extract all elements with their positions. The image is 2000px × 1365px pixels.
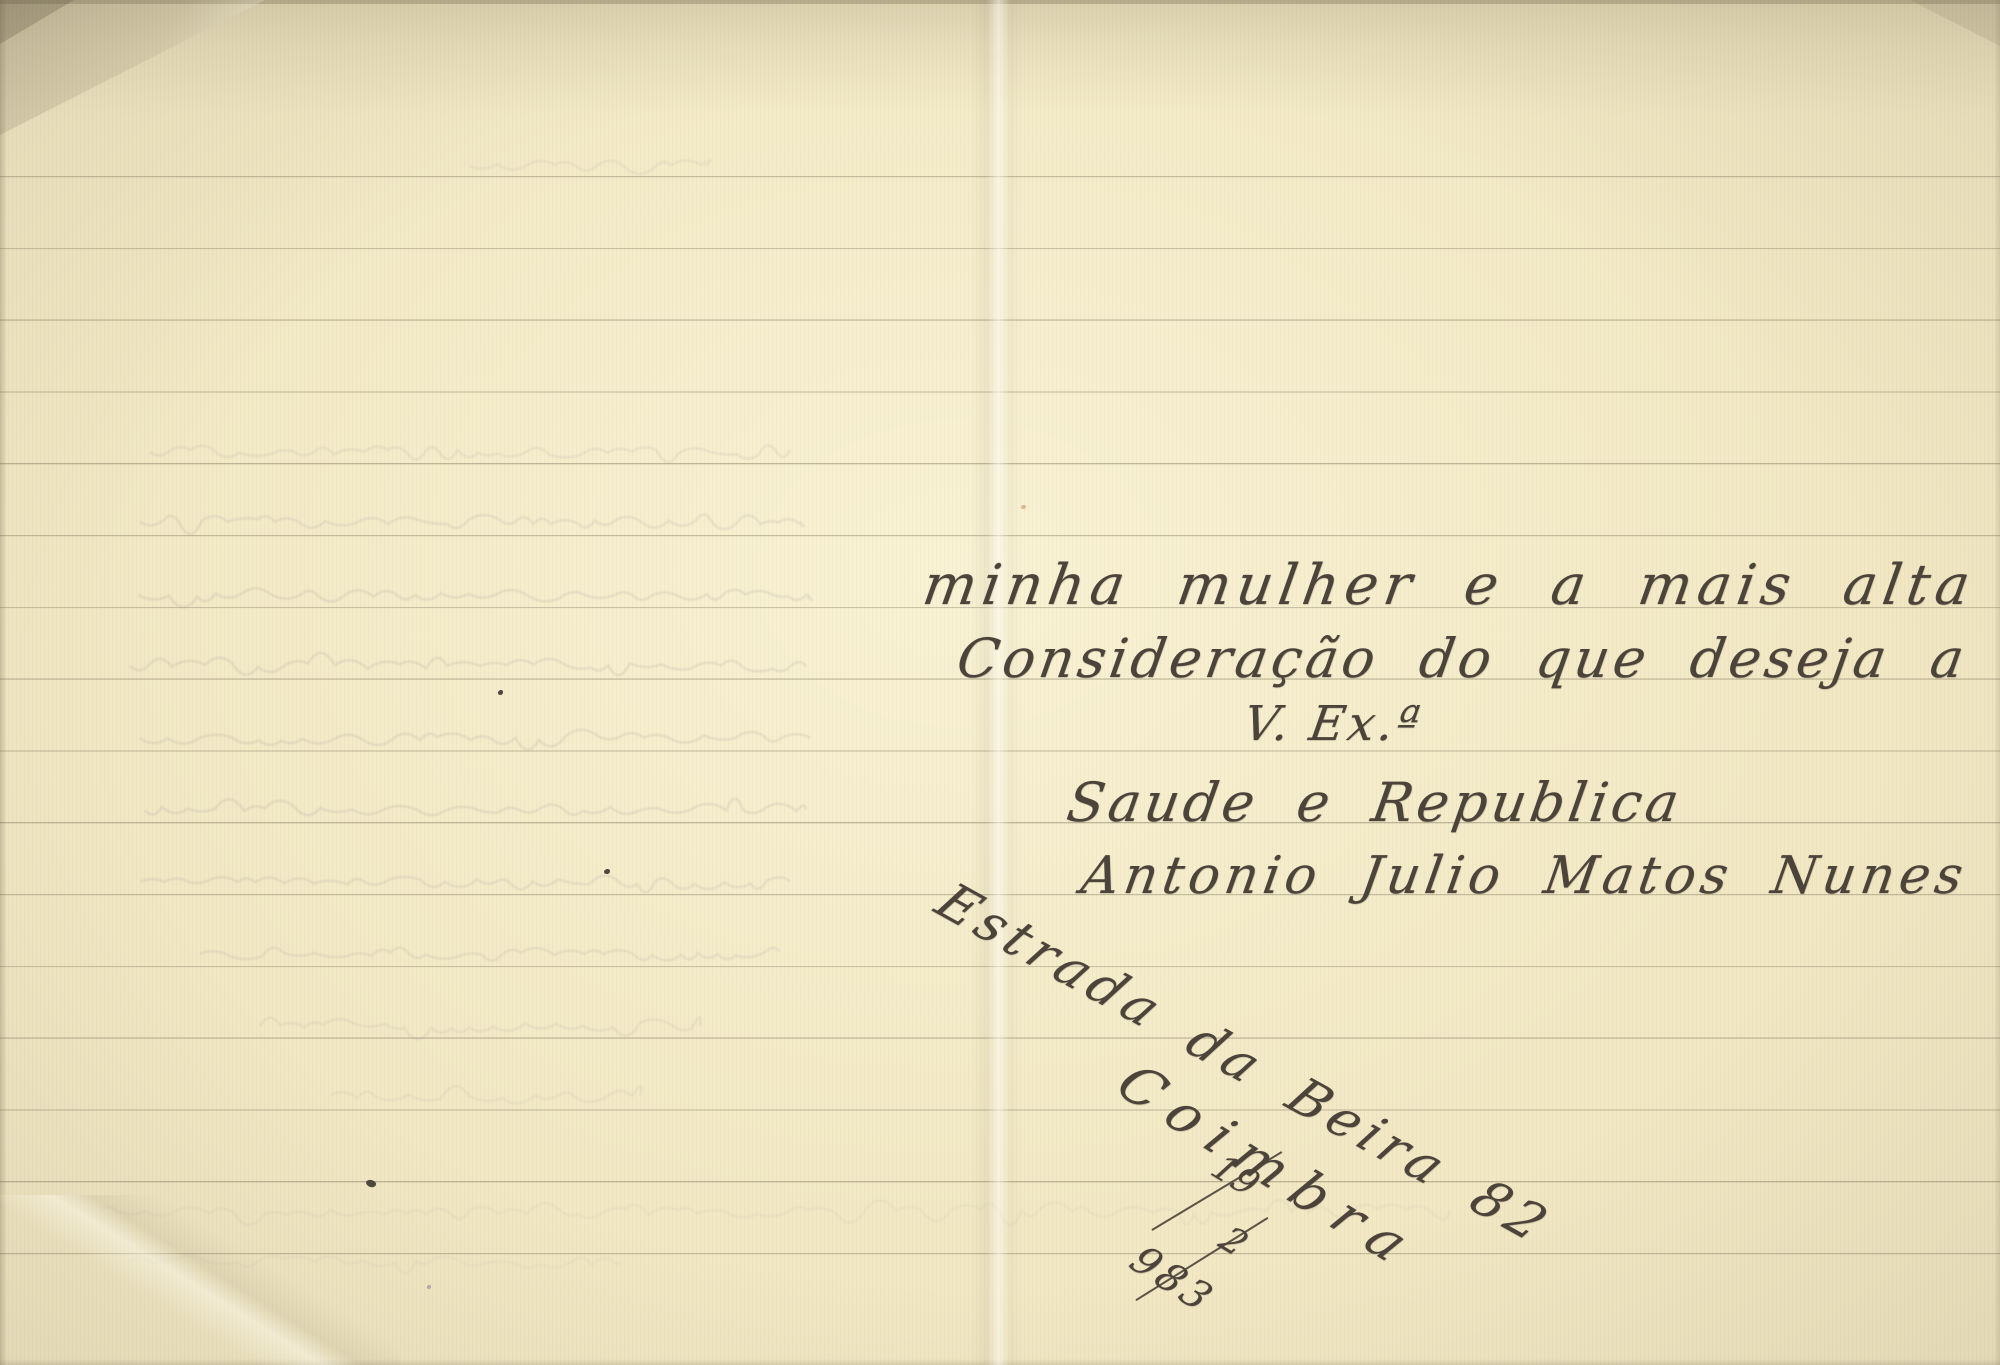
fold-corner-top-right	[1910, 0, 2000, 46]
top-shading	[0, 0, 2000, 115]
ghost-text-row	[140, 730, 810, 750]
ghost-text-row	[140, 514, 803, 534]
ghost-text-row	[260, 1017, 701, 1039]
ruled-lines	[0, 176, 2000, 1256]
ghost-text-row	[330, 1086, 642, 1103]
ghost-text-row	[138, 588, 812, 607]
paper-blemish	[1021, 505, 1026, 509]
scan-right-edge	[1994, 0, 2000, 1365]
ghost-text-row	[470, 161, 710, 174]
date-year: 983	[1123, 1240, 1222, 1319]
ghost-text-row	[200, 948, 780, 961]
ink-speck	[365, 1178, 377, 1189]
ghost-text-row	[150, 445, 790, 462]
ghost-text-row	[140, 875, 790, 892]
handwriting-line-4-valediction: Saude e Republica	[1063, 776, 1686, 830]
ghost-text-row	[100, 1200, 1450, 1225]
handwriting-line-1: minha mulher e a mais alta	[919, 558, 1979, 614]
scan-top-edge	[0, 0, 2000, 4]
ghost-text-row	[145, 799, 806, 816]
ink-speck	[498, 690, 503, 695]
ghost-text-row	[130, 653, 806, 675]
fold-crease-top-left	[0, 0, 265, 135]
scan-left-edge	[0, 0, 7, 1365]
ink-speck	[427, 1285, 431, 1289]
fold-corner-top-left	[0, 0, 74, 44]
fold-crease-bottom-left	[0, 1195, 400, 1365]
ink-speck	[604, 869, 610, 874]
ghost-text-row	[130, 1255, 620, 1273]
handwriting-line-3-salutation: V. Ex.ª	[1240, 700, 1426, 748]
handwriting-line-2: Consideração do que deseja a	[953, 632, 1971, 686]
signature: Antonio Julio Matos Nunes	[1078, 850, 1971, 902]
scan-bottom-edge	[0, 1359, 2000, 1365]
scanned-letter-page: minha mulher e a mais alta Consideração …	[0, 0, 2000, 1365]
